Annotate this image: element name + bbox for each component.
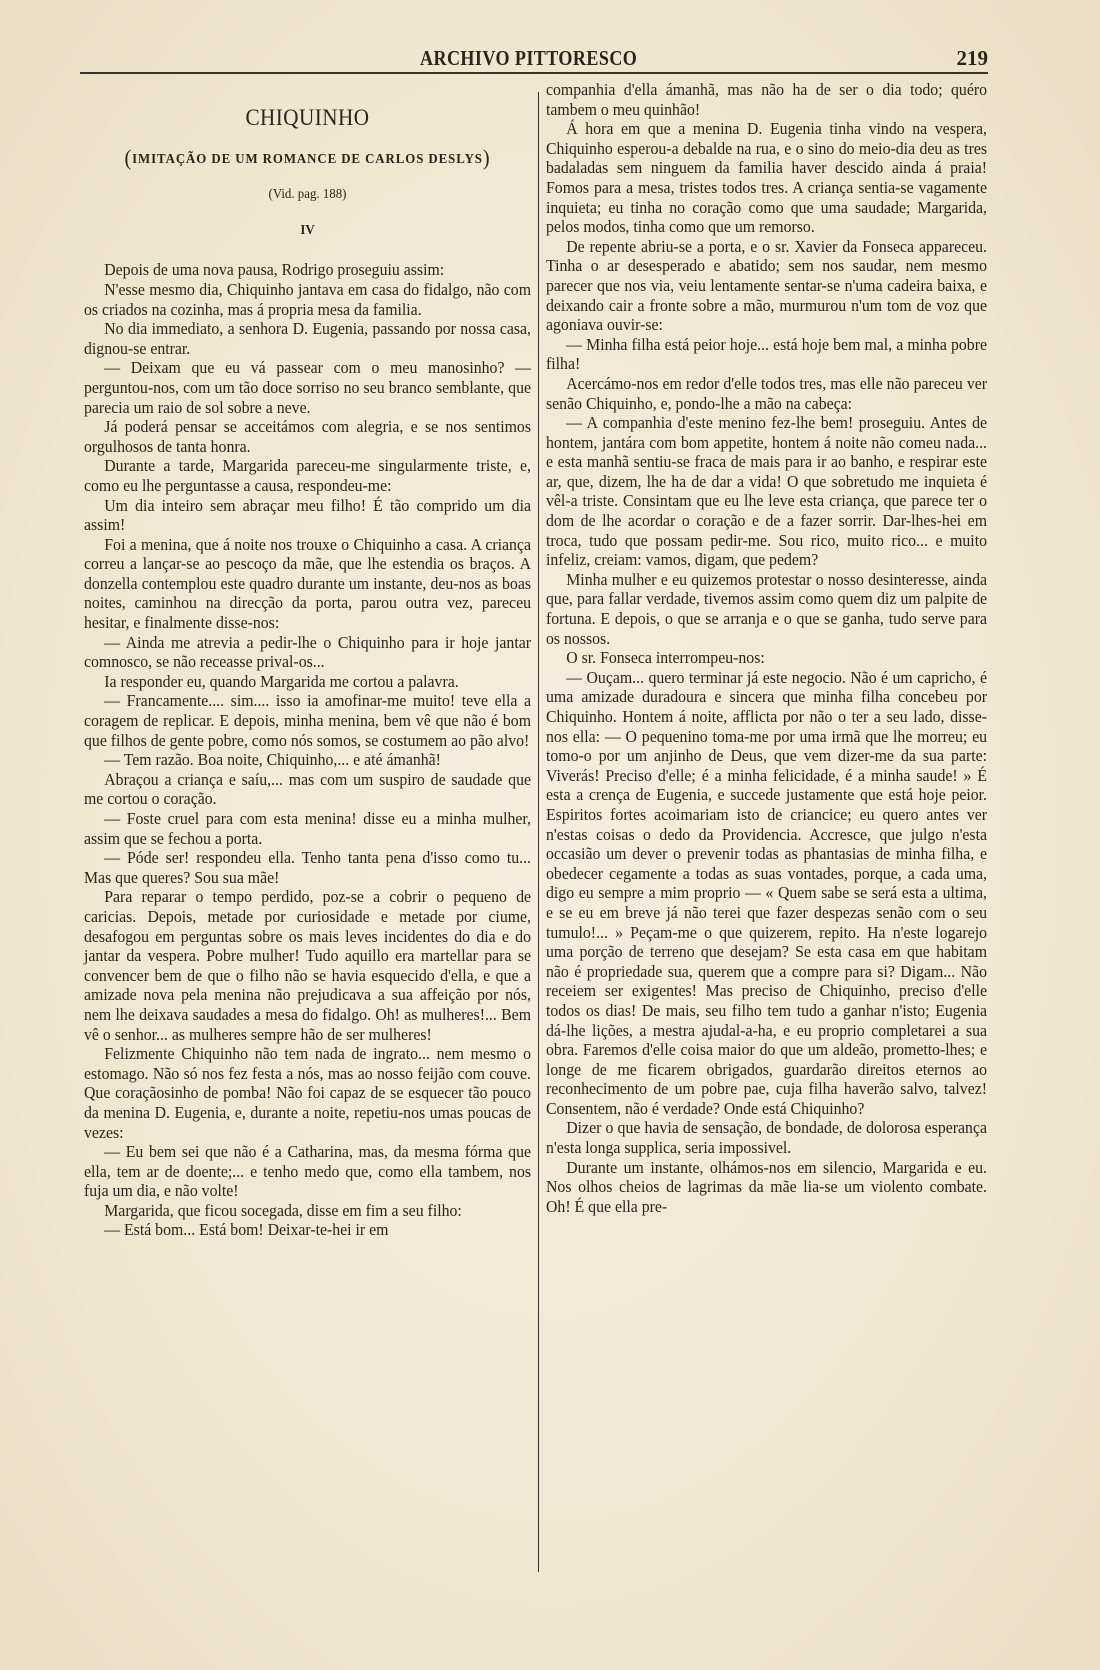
paragraph: companhia d'ella ámanhã, mas não ha de s… xyxy=(546,80,987,119)
paragraph: Depois de uma nova pausa, Rodrigo proseg… xyxy=(84,260,531,280)
paragraph: Margarida, que ficou socegada, disse em … xyxy=(84,1201,531,1221)
paragraph: — Francamente.... sim.... isso ia amofin… xyxy=(84,691,531,750)
paragraph: Já poderá pensar se acceitámos com alegr… xyxy=(84,417,531,456)
paragraph: Á hora em que a menina D. Eugenia tinha … xyxy=(546,119,987,237)
paragraph: — Minha filha está peior hoje... está ho… xyxy=(546,335,987,374)
left-column-body: Depois de uma nova pausa, Rodrigo proseg… xyxy=(84,260,531,1240)
publication-title: ARCHIVO PITTORESCO xyxy=(420,46,637,71)
paragraph: N'esse mesmo dia, Chiquinho jantava em c… xyxy=(84,280,531,319)
paragraph: — Eu bem sei que não é a Catharina, mas,… xyxy=(84,1142,531,1201)
page-reference: (Vid. pag. 188) xyxy=(84,185,531,205)
paragraph: — Ainda me atrevia a pedir-lhe o Chiquin… xyxy=(84,633,531,672)
paragraph: Durante a tarde, Margarida pareceu-me si… xyxy=(84,456,531,495)
paragraph: Felizmente Chiquinho não tem nada de ing… xyxy=(84,1044,531,1142)
paragraph: — Tem razão. Boa noite, Chiquinho,... e … xyxy=(84,750,531,770)
running-header: ARCHIVO PITTORESCO 219 xyxy=(80,42,988,74)
paragraph: — Foste cruel para com esta menina! diss… xyxy=(84,809,531,848)
paragraph: — Deixam que eu vá passear com o meu man… xyxy=(84,358,531,417)
paragraph: Minha mulher e eu quizemos protestar o n… xyxy=(546,570,987,648)
paragraph: Abraçou a criança e saíu,... mas com um … xyxy=(84,770,531,809)
paragraph: Dizer o que havia de sensação, de bondad… xyxy=(546,1118,987,1157)
left-column: CHIQUINHO (IMITAÇÃO DE UM ROMANCE DE CAR… xyxy=(84,80,531,1240)
paragraph: Acercámo-nos em redor d'elle todos tres,… xyxy=(546,374,987,413)
column-divider xyxy=(538,92,539,1572)
paragraph: No dia immediato, a senhora D. Eugenia, … xyxy=(84,319,531,358)
right-column-body: companhia d'ella ámanhã, mas não ha de s… xyxy=(546,80,987,1216)
paragraph: O sr. Fonseca interrompeu-nos: xyxy=(546,648,987,668)
paragraph: — Póde ser! respondeu ella. Tenho tanta … xyxy=(84,848,531,887)
paragraph: — A companhia d'este menino fez-lhe bem!… xyxy=(546,413,987,570)
newspaper-page: ARCHIVO PITTORESCO 219 CHIQUINHO (IMITAÇ… xyxy=(0,0,1100,1670)
paragraph: Foi a menina, que á noite nos trouxe o C… xyxy=(84,535,531,633)
paragraph: De repente abriu-se a porta, e o sr. Xav… xyxy=(546,237,987,335)
paragraph: Ia responder eu, quando Margarida me cor… xyxy=(84,672,531,692)
paragraph: — Ouçam... quero terminar já este negoci… xyxy=(546,668,987,1119)
paragraph: Durante um instante, olhámos-nos em sile… xyxy=(546,1158,987,1217)
page-number: 219 xyxy=(957,46,989,71)
paragraph: Para reparar o tempo perdido, poz-se a c… xyxy=(84,887,531,1044)
paragraph: — Está bom... Está bom! Deixar-te-hei ir… xyxy=(84,1220,531,1240)
article-subtitle: (IMITAÇÃO DE UM ROMANCE DE CARLOS DESLYS… xyxy=(84,148,531,170)
paragraph: Um dia inteiro sem abraçar meu filho! É … xyxy=(84,496,531,535)
right-column: companhia d'ella ámanhã, mas não ha de s… xyxy=(546,80,987,1216)
article-title: CHIQUINHO xyxy=(84,108,531,128)
chapter-number: IV xyxy=(84,221,531,241)
